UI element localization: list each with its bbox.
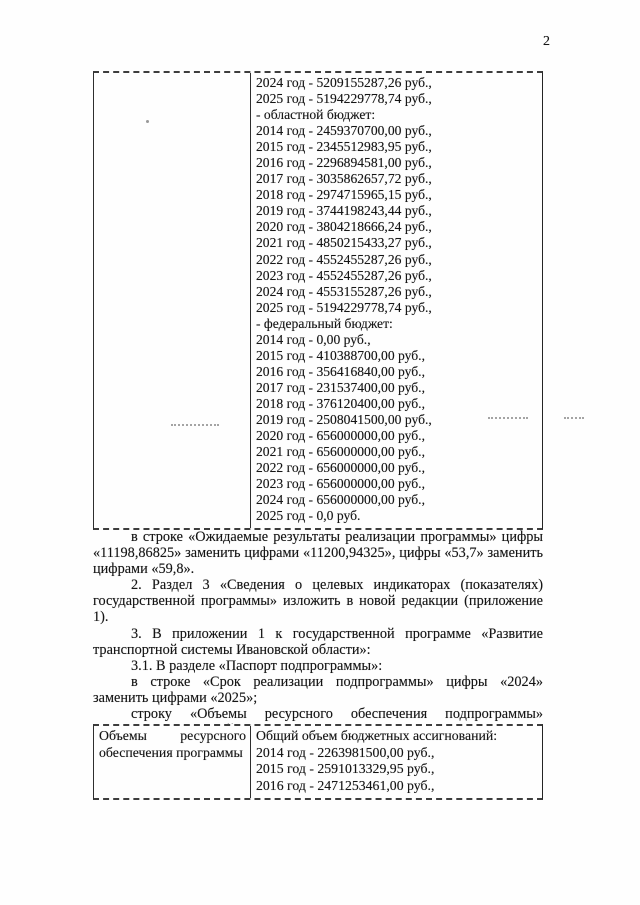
budget-line: - областной бюджет: [256,107,538,123]
paragraph-section3: 2. Раздел 3 «Сведения о целевых индикато… [93,577,543,625]
budget-line: 2024 год - 5209155287,26 руб., [256,75,538,91]
paragraph-expected-results: в строке «Ожидаемые результаты реализаци… [93,529,543,577]
budget-line: 2021 год - 656000000,00 руб., [256,444,538,460]
budget-line: 2019 год - 2508041500,00 руб., [256,412,538,428]
budget-line: 2015 год - 2591013329,95 руб., [256,761,538,778]
resources-label-cell: Объемы ресурсного обеспечения программы [94,726,251,798]
budget-line: 2016 год - 2296894581,00 руб., [256,155,538,171]
budget-line: 2014 год - 2459370700,00 руб., [256,123,538,139]
budget-line: 2025 год - 5194229778,74 руб., [256,91,538,107]
budget-line: 2015 год - 410388700,00 руб., [256,348,538,364]
resources-values-cell: Общий объем бюджетных ассигнований: 2014… [251,726,542,798]
budget-line: 2024 год - 4553155287,26 руб., [256,284,538,300]
program-budget-table: 2024 год - 5209155287,26 руб., 2025 год … [93,71,543,530]
page-number: 2 [543,34,551,50]
budget-table-values-cell: 2024 год - 5209155287,26 руб., 2025 год … [251,73,542,528]
budget-line: 2021 год - 4850215433,27 руб., [256,235,538,251]
budget-line: 2014 год - 2263981500,00 руб., [256,745,538,762]
budget-line: 2016 год - 2471253461,00 руб., [256,778,538,795]
budget-line: 2020 год - 3804218666,24 руб., [256,219,538,235]
budget-line: 2022 год - 656000000,00 руб., [256,460,538,476]
budget-line: 2018 год - 376120400,00 руб., [256,396,538,412]
budget-line: 2023 год - 4552455287,26 руб., [256,268,538,284]
paragraph-term: в строке «Срок реализации подпрограммы» … [93,674,543,706]
budget-line: 2019 год - 3744198243,44 руб., [256,203,538,219]
scan-artifact [564,417,584,419]
document-page: 2 2024 год - 5209155287,26 руб., 2025 го… [0,0,640,905]
budget-line: 2024 год - 656000000,00 руб., [256,492,538,508]
budget-line: 2015 год - 2345512983,95 руб., [256,139,538,155]
scan-artifact [146,120,149,123]
budget-line: 2017 год - 3035862657,72 руб., [256,171,538,187]
budget-line: Общий объем бюджетных ассигнований: [256,728,538,745]
budget-line: 2018 год - 2974715965,15 руб., [256,187,538,203]
budget-line: - федеральный бюджет: [256,316,538,332]
subprogram-resources-table: Объемы ресурсного обеспечения программы … [93,724,543,800]
budget-line: 2022 год - 4552455287,26 руб., [256,252,538,268]
budget-line: 2017 год - 231537400,00 руб., [256,380,538,396]
paragraph-appendix1: 3. В приложении 1 к государственной прог… [93,626,543,658]
budget-line: 2014 год - 0,00 руб., [256,332,538,348]
scan-artifact [488,417,528,419]
paragraph-passport: 3.1. В разделе «Паспорт подпрограммы»: [93,658,543,674]
budget-line: 2020 год - 656000000,00 руб., [256,428,538,444]
budget-line: 2016 год - 356416840,00 руб., [256,364,538,380]
budget-line: 2025 год - 0,0 руб. [256,508,538,524]
budget-line: 2025 год - 5194229778,74 руб., [256,300,538,316]
amendment-text-block: в строке «Ожидаемые результаты реализаци… [93,529,543,738]
budget-table-empty-cell [94,73,251,528]
budget-line: 2023 год - 656000000,00 руб., [256,476,538,492]
scan-artifact [171,424,219,426]
